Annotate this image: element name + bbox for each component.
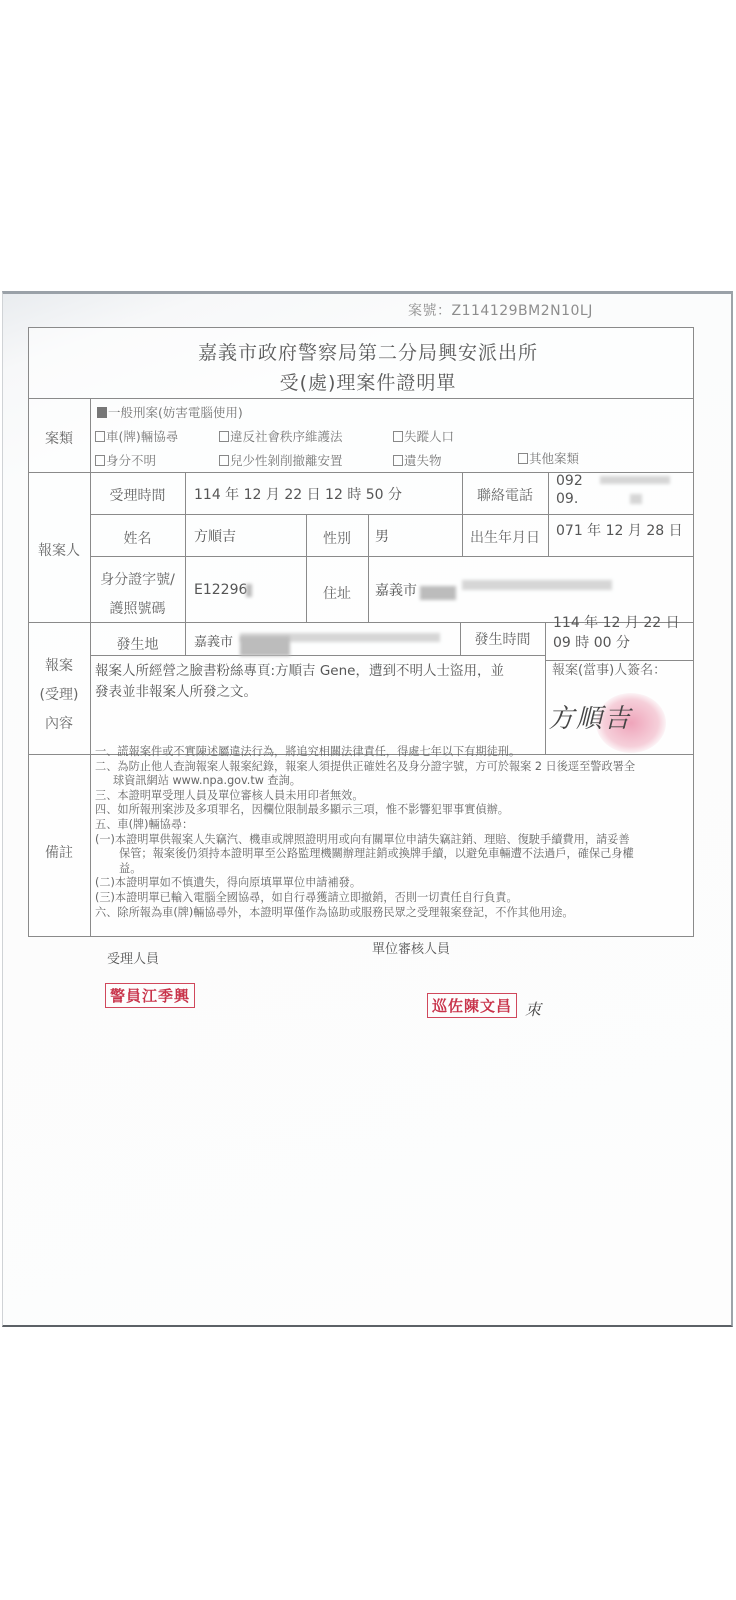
remark-item: (二)本證明單如不慎遺失，得向原填單單位申請補發。 — [95, 876, 695, 891]
remark-item: 保管；報案後仍須持本證明單至公路監理機關辦理註銷或換牌手續，以避免車輛遭不法過戶… — [95, 847, 695, 862]
case-type-option-vehicle-search[interactable]: 車(牌)輛協尋 — [95, 427, 178, 445]
row-divider — [28, 472, 694, 473]
remark-item: (三)本證明單已輸入電腦全國協尋，如自行尋獲請立即撤銷，否則一切責任自行負責。 — [95, 891, 695, 906]
id-value: E12296 — [194, 582, 247, 598]
signature-label: 報案(當事)人簽名： — [552, 659, 666, 678]
redaction — [246, 584, 252, 597]
report-content-line2: 發表並非報案人所發之文。 — [95, 680, 257, 700]
occur-time-line1: 114 年 12 月 22 日 — [553, 612, 680, 632]
redaction — [420, 586, 456, 600]
redaction — [630, 494, 642, 504]
col-divider — [185, 472, 186, 655]
remark-item: 球資訊網站 www.npa.gov.tw 查詢。 — [95, 774, 695, 789]
report-section-label-2: (受理) — [28, 684, 90, 704]
id-label-line1: 身分證字號/ — [90, 569, 185, 589]
reviewer-stamp: 巡佐陳文昌 — [427, 993, 517, 1018]
dob-label: 出生年月日 — [462, 527, 548, 547]
col-divider — [545, 622, 546, 754]
reporter-signature: 方順吉 — [548, 698, 632, 735]
col-divider — [90, 398, 91, 937]
gender-label: 性別 — [306, 528, 368, 548]
remark-item: 二、為防止他人查詢報案人報案紀錄，報案人須提供正確姓名及身分證字號，方可於報案 … — [95, 760, 695, 775]
case-type-option-missing-person[interactable]: 失蹤人口 — [393, 427, 454, 445]
received-time-value: 114 年 12 月 22 日 12 時 50 分 — [194, 484, 402, 504]
redaction — [240, 636, 290, 656]
report-section-label-3: 內容 — [28, 713, 90, 733]
case-type-option-social-order[interactable]: 違反社會秩序維護法 — [219, 427, 343, 445]
receiver-label: 受理人員 — [107, 948, 159, 967]
checkbox-icon — [393, 455, 403, 466]
remark-item: 五、車(牌)輛協尋： — [95, 818, 695, 833]
name-value: 方順吉 — [194, 526, 236, 546]
checkbox-icon — [518, 453, 528, 464]
document-title-form: 受(處)理案件證明單 — [0, 368, 736, 395]
name-label: 姓名 — [90, 528, 185, 548]
remarks-label: 備註 — [28, 842, 90, 862]
col-divider — [368, 514, 369, 622]
phone-label: 聯絡電話 — [462, 485, 548, 505]
gender-value: 男 — [375, 526, 389, 546]
remark-item: 六、除所報為車(牌)輛協尋外，本證明單僅作為協助或服務民眾之受理報案登記，不作其… — [95, 906, 695, 921]
remark-item: 益。 — [95, 862, 695, 877]
location-label: 發生地 — [90, 634, 185, 654]
checkbox-icon — [95, 455, 105, 466]
case-type-option-child-protection[interactable]: 兒少性剝削撤離安置 — [219, 451, 343, 469]
remark-item: 一、謊報案件或不實陳述屬違法行為，將追究相關法律責任，得處七年以下有期徒刑。 — [95, 745, 695, 760]
redaction — [600, 476, 670, 484]
address-label: 住址 — [306, 583, 368, 603]
case-type-option-general-criminal[interactable]: 一般刑案(妨害電腦使用) — [97, 403, 243, 421]
location-value: 嘉義市 — [194, 631, 233, 650]
row-divider — [28, 398, 694, 399]
occur-time-label: 發生時間 — [460, 629, 545, 649]
case-number: 案號：Z114129BM2N10LJ — [408, 300, 593, 320]
reporter-section-label: 報案人 — [28, 540, 90, 560]
case-type-option-lost-property[interactable]: 遺失物 — [393, 451, 442, 469]
received-time-label: 受理時間 — [90, 485, 185, 505]
checkbox-icon — [219, 455, 229, 466]
checkbox-icon — [393, 431, 403, 442]
remark-item: 四、如所報刑案涉及多項罪名，因欄位限制最多顯示三項，惟不影響犯罪事實偵辦。 — [95, 803, 695, 818]
row-divider — [90, 655, 545, 656]
report-content-line1: 報案人所經營之臉書粉絲專頁:方順吉 Gene，遭到不明人士盜用，並 — [95, 659, 504, 679]
checkbox-checked-icon — [97, 407, 107, 418]
receiver-stamp: 警員江季興 — [105, 983, 195, 1008]
redaction — [462, 580, 612, 590]
row-divider — [90, 514, 694, 515]
remarks-list: 一、謊報案件或不實陳述屬違法行為，將追究相關法律責任，得處七年以下有期徒刑。 二… — [95, 745, 695, 920]
col-divider — [548, 472, 549, 556]
report-section-label-1: 報案 — [28, 655, 90, 675]
dob-value: 071 年 12 月 28 日 — [556, 520, 683, 540]
case-type-option-other[interactable]: 其他案類 — [518, 449, 579, 467]
row-divider — [90, 556, 694, 557]
occur-time-line2: 09 時 00 分 — [553, 632, 630, 652]
phone-line2: 09. — [556, 491, 578, 507]
case-type-label: 案類 — [28, 428, 90, 448]
remark-item: (一)本證明單供報案人失竊汽、機車或牌照證明用或向有關單位申請失竊註銷、理賠、復… — [95, 833, 695, 848]
address-value: 嘉義市 — [375, 580, 417, 600]
phone-line1: 092 — [556, 473, 583, 489]
remark-item: 三、本證明單受理人員及單位審核人員未用印者無效。 — [95, 789, 695, 804]
reviewer-initials: 朿 — [525, 997, 541, 1020]
document-title-agency: 嘉義市政府警察局第二分局興安派出所 — [0, 338, 736, 365]
checkbox-icon — [95, 431, 105, 442]
case-type-option-unknown-identity[interactable]: 身分不明 — [95, 451, 156, 469]
checkbox-icon — [219, 431, 229, 442]
id-label-line2: 護照號碼 — [90, 598, 185, 618]
reviewer-label: 單位審核人員 — [372, 938, 450, 957]
